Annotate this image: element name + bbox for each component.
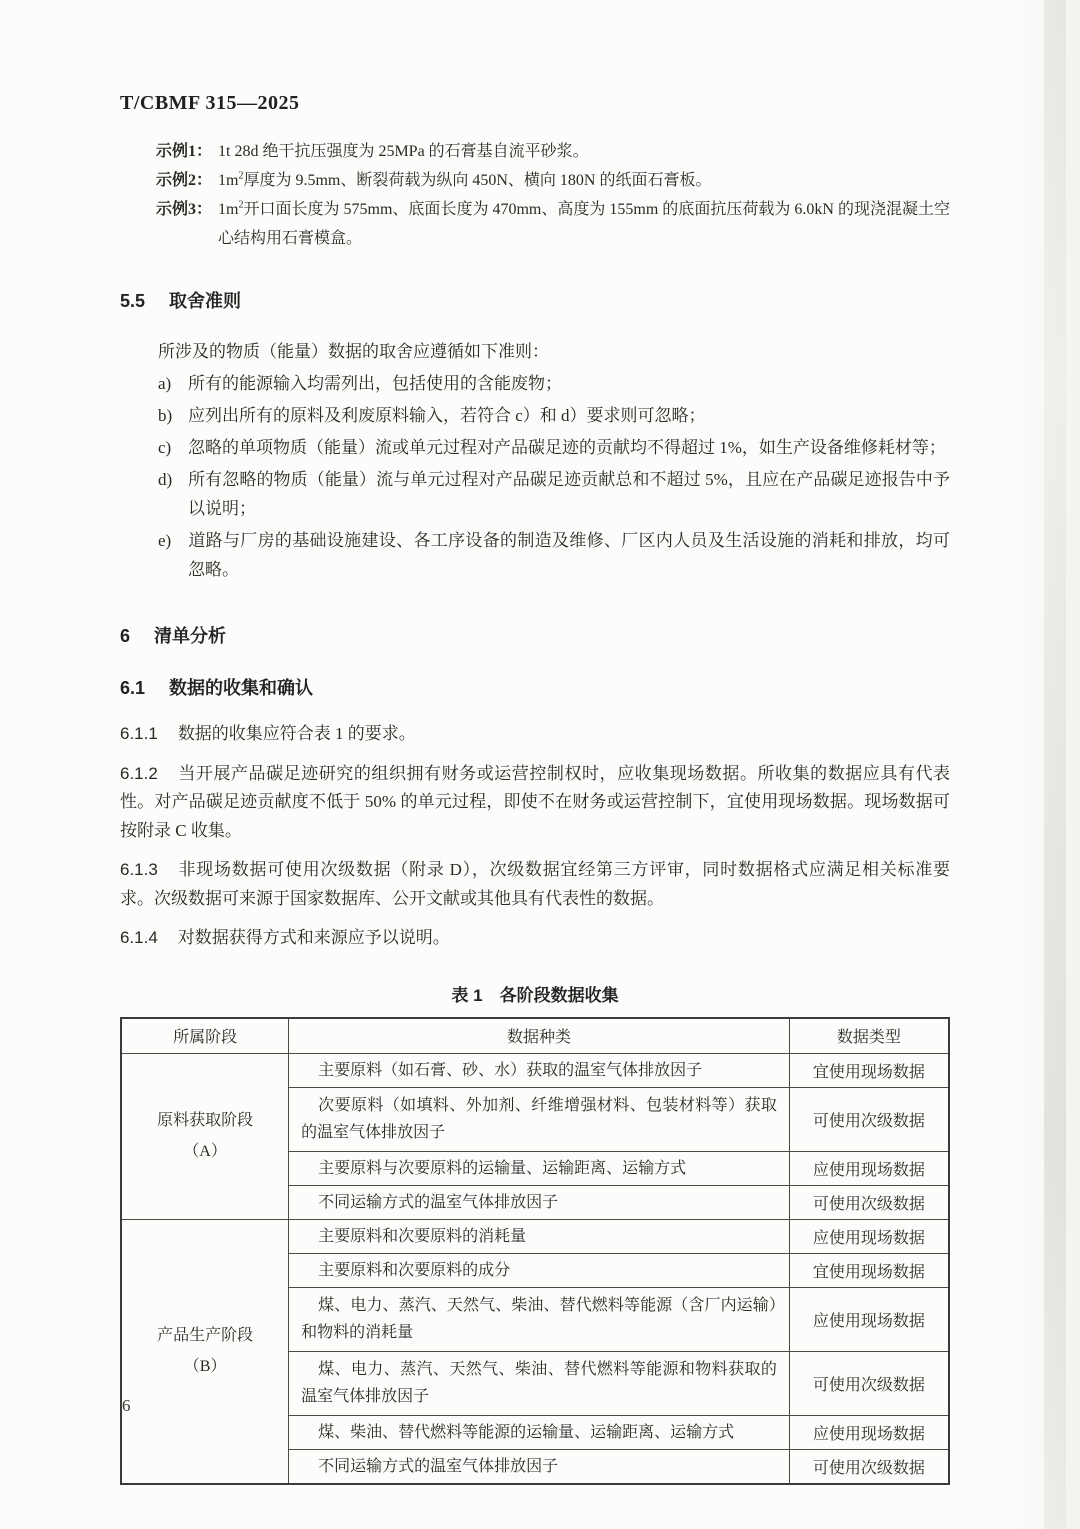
type-cell: 应使用现场数据 [789, 1415, 949, 1449]
list-item-b: b)应列出所有的原料及利废原料输入，若符合 c）和 d）要求则可忽略； [158, 401, 950, 430]
section-6-number: 6 [120, 626, 130, 646]
document-page: T/CBMF 315—2025 示例1：1t 28d 绝干抗压强度为 25MPa… [0, 0, 1080, 1529]
list-item-b-label: b) [158, 401, 188, 430]
example-2-text2: 厚度为 9.5mm、断裂荷载为纵向 450N、横向 180N 的纸面石膏板。 [243, 172, 711, 189]
kind-cell: 主要原料与次要原料的运输量、运输距离、运输方式 [289, 1151, 790, 1185]
clause-6-1-4-number: 6.1.4 [120, 928, 158, 947]
kind-cell: 主要原料和次要原料的成分 [289, 1253, 790, 1287]
clause-6-1-2-text: 当开展产品碳足迹研究的组织拥有财务或运营控制权时，应收集现场数据。所收集的数据应… [120, 764, 950, 840]
table-1-caption: 表 1 各阶段数据收集 [120, 981, 950, 1006]
type-cell: 宜使用现场数据 [789, 1253, 949, 1287]
list-item-d-label: d) [158, 465, 188, 494]
example-3-label: 示例3： [156, 195, 218, 224]
section-6-1-number: 6.1 [120, 678, 145, 698]
kind-cell: 次要原料（如填料、外加剂、纤维增强材料、包装材料等）获取的温室气体排放因子 [289, 1087, 790, 1151]
kind-cell: 主要原料和次要原料的消耗量 [289, 1219, 790, 1253]
clause-6-1-2-number: 6.1.2 [120, 764, 158, 783]
clause-6-1-1-number: 6.1.1 [120, 724, 158, 743]
example-3: 示例3：1m2开口面长度为 575mm、底面长度为 470mm、高度为 155m… [156, 195, 950, 253]
stage-cell-b: 产品生产阶段 （B） [121, 1219, 289, 1484]
clause-6-1-3-number: 6.1.3 [120, 860, 158, 879]
example-3-text: 1m [218, 201, 238, 218]
list-item-c-label: c) [158, 433, 188, 462]
kind-cell: 主要原料（如石膏、砂、水）获取的温室气体排放因子 [289, 1053, 790, 1087]
section-5-5-title: 取舍准则 [169, 291, 241, 311]
table-header-type: 数据类型 [789, 1018, 949, 1054]
kind-cell: 不同运输方式的温室气体排放因子 [289, 1449, 790, 1484]
type-cell: 可使用次级数据 [789, 1185, 949, 1219]
list-item-c-text: 忽略的单项物质（能量）流或单元过程对产品碳足迹的贡献均不得超过 1%，如生产设备… [188, 438, 946, 457]
clause-6-1-1-text: 数据的收集应符合表 1 的要求。 [178, 724, 416, 743]
stage-a-code: （A） [128, 1136, 282, 1167]
list-item-a: a)所有的能源输入均需列出，包括使用的含能废物； [158, 369, 950, 398]
section-6-title: 清单分析 [154, 626, 226, 646]
type-cell: 应使用现场数据 [789, 1219, 949, 1253]
example-1-text: 1t 28d 绝干抗压强度为 25MPa 的石膏基自流平砂浆。 [218, 143, 589, 160]
table-1: 所属阶段 数据种类 数据类型 原料获取阶段 （A） 主要原料（如石膏、砂、水）获… [120, 1017, 950, 1485]
kind-cell: 煤、电力、蒸汽、天然气、柴油、替代燃料等能源（含厂内运输）和物料的消耗量 [289, 1287, 790, 1351]
example-2-text: 1m [218, 172, 238, 189]
section-5-5-number: 5.5 [120, 291, 145, 311]
list-item-e: e)道路与厂房的基础设施建设、各工序设备的制造及维修、厂区内人员及生活设施的消耗… [158, 526, 950, 584]
clause-6-1-4-text: 对数据获得方式和来源应予以说明。 [178, 928, 450, 947]
clause-6-1-3: 6.1.3非现场数据可使用次级数据（附录 D），次级数据宜经第三方评审，同时数据… [120, 856, 950, 913]
table-header-row: 所属阶段 数据种类 数据类型 [121, 1018, 949, 1054]
list-item-a-text: 所有的能源输入均需列出，包括使用的含能废物； [188, 374, 562, 393]
table-row: 产品生产阶段 （B） 主要原料和次要原料的消耗量 应使用现场数据 [121, 1219, 949, 1253]
type-cell: 应使用现场数据 [789, 1151, 949, 1185]
clause-6-1-3-text: 非现场数据可使用次级数据（附录 D），次级数据宜经第三方评审，同时数据格式应满足… [120, 860, 950, 908]
clause-6-1-1: 6.1.1数据的收集应符合表 1 的要求。 [120, 720, 950, 749]
kind-cell: 煤、电力、蒸汽、天然气、柴油、替代燃料等能源和物料获取的温室气体排放因子 [289, 1351, 790, 1415]
list-item-d-text: 所有忽略的物质（能量）流与单元过程对产品碳足迹贡献总和不超过 5%，且应在产品碳… [188, 470, 950, 518]
list-item-e-label: e) [158, 526, 188, 555]
page-content: T/CBMF 315—2025 示例1：1t 28d 绝干抗压强度为 25MPa… [0, 0, 1080, 1485]
list-item-d: d)所有忽略的物质（能量）流与单元过程对产品碳足迹贡献总和不超过 5%，且应在产… [158, 465, 950, 523]
stage-b-code: （B） [128, 1351, 282, 1382]
clause-6-1-2: 6.1.2当开展产品碳足迹研究的组织拥有财务或运营控制权时，应收集现场数据。所收… [120, 760, 950, 846]
list-item-b-text: 应列出所有的原料及利废原料输入，若符合 c）和 d）要求则可忽略； [188, 406, 706, 425]
example-1: 示例1：1t 28d 绝干抗压强度为 25MPa 的石膏基自流平砂浆。 [156, 137, 950, 166]
table-header-kind: 数据种类 [289, 1018, 790, 1054]
list-item-c: c)忽略的单项物质（能量）流或单元过程对产品碳足迹的贡献均不得超过 1%，如生产… [158, 433, 950, 462]
section-6-heading: 6清单分析 [120, 622, 950, 648]
stage-b-name: 产品生产阶段 [128, 1320, 282, 1351]
kind-cell: 不同运输方式的温室气体排放因子 [289, 1185, 790, 1219]
stage-a-name: 原料获取阶段 [128, 1105, 282, 1136]
kind-cell: 煤、柴油、替代燃料等能源的运输量、运输距离、运输方式 [289, 1415, 790, 1449]
example-1-label: 示例1： [156, 137, 218, 166]
table-header-stage: 所属阶段 [121, 1018, 289, 1054]
type-cell: 可使用次级数据 [789, 1087, 949, 1151]
page-number: 6 [122, 1396, 131, 1416]
section-6-1-title: 数据的收集和确认 [169, 678, 313, 698]
section-6-1-heading: 6.1数据的收集和确认 [120, 674, 950, 700]
type-cell: 可使用次级数据 [789, 1351, 949, 1415]
type-cell: 宜使用现场数据 [789, 1053, 949, 1087]
standard-number: T/CBMF 315—2025 [120, 92, 950, 115]
clause-6-1-4: 6.1.4对数据获得方式和来源应予以说明。 [120, 924, 950, 953]
examples-block: 示例1：1t 28d 绝干抗压强度为 25MPa 的石膏基自流平砂浆。 示例2：… [156, 137, 950, 253]
example-3-text2: 开口面长度为 575mm、底面长度为 470mm、高度为 155mm 的底面抗压… [218, 201, 950, 247]
type-cell: 可使用次级数据 [789, 1449, 949, 1484]
stage-cell-a: 原料获取阶段 （A） [121, 1053, 289, 1219]
example-2-label: 示例2： [156, 166, 218, 195]
list-item-e-text: 道路与厂房的基础设施建设、各工序设备的制造及维修、厂区内人员及生活设施的消耗和排… [188, 531, 950, 579]
section-5-5-intro: 所涉及的物质（能量）数据的取舍应遵循如下准则： [158, 337, 950, 366]
table-row: 原料获取阶段 （A） 主要原料（如石膏、砂、水）获取的温室气体排放因子 宜使用现… [121, 1053, 949, 1087]
section-5-5-heading: 5.5取舍准则 [120, 287, 950, 313]
type-cell: 应使用现场数据 [789, 1287, 949, 1351]
example-2: 示例2：1m2厚度为 9.5mm、断裂荷载为纵向 450N、横向 180N 的纸… [156, 166, 950, 195]
list-item-a-label: a) [158, 369, 188, 398]
